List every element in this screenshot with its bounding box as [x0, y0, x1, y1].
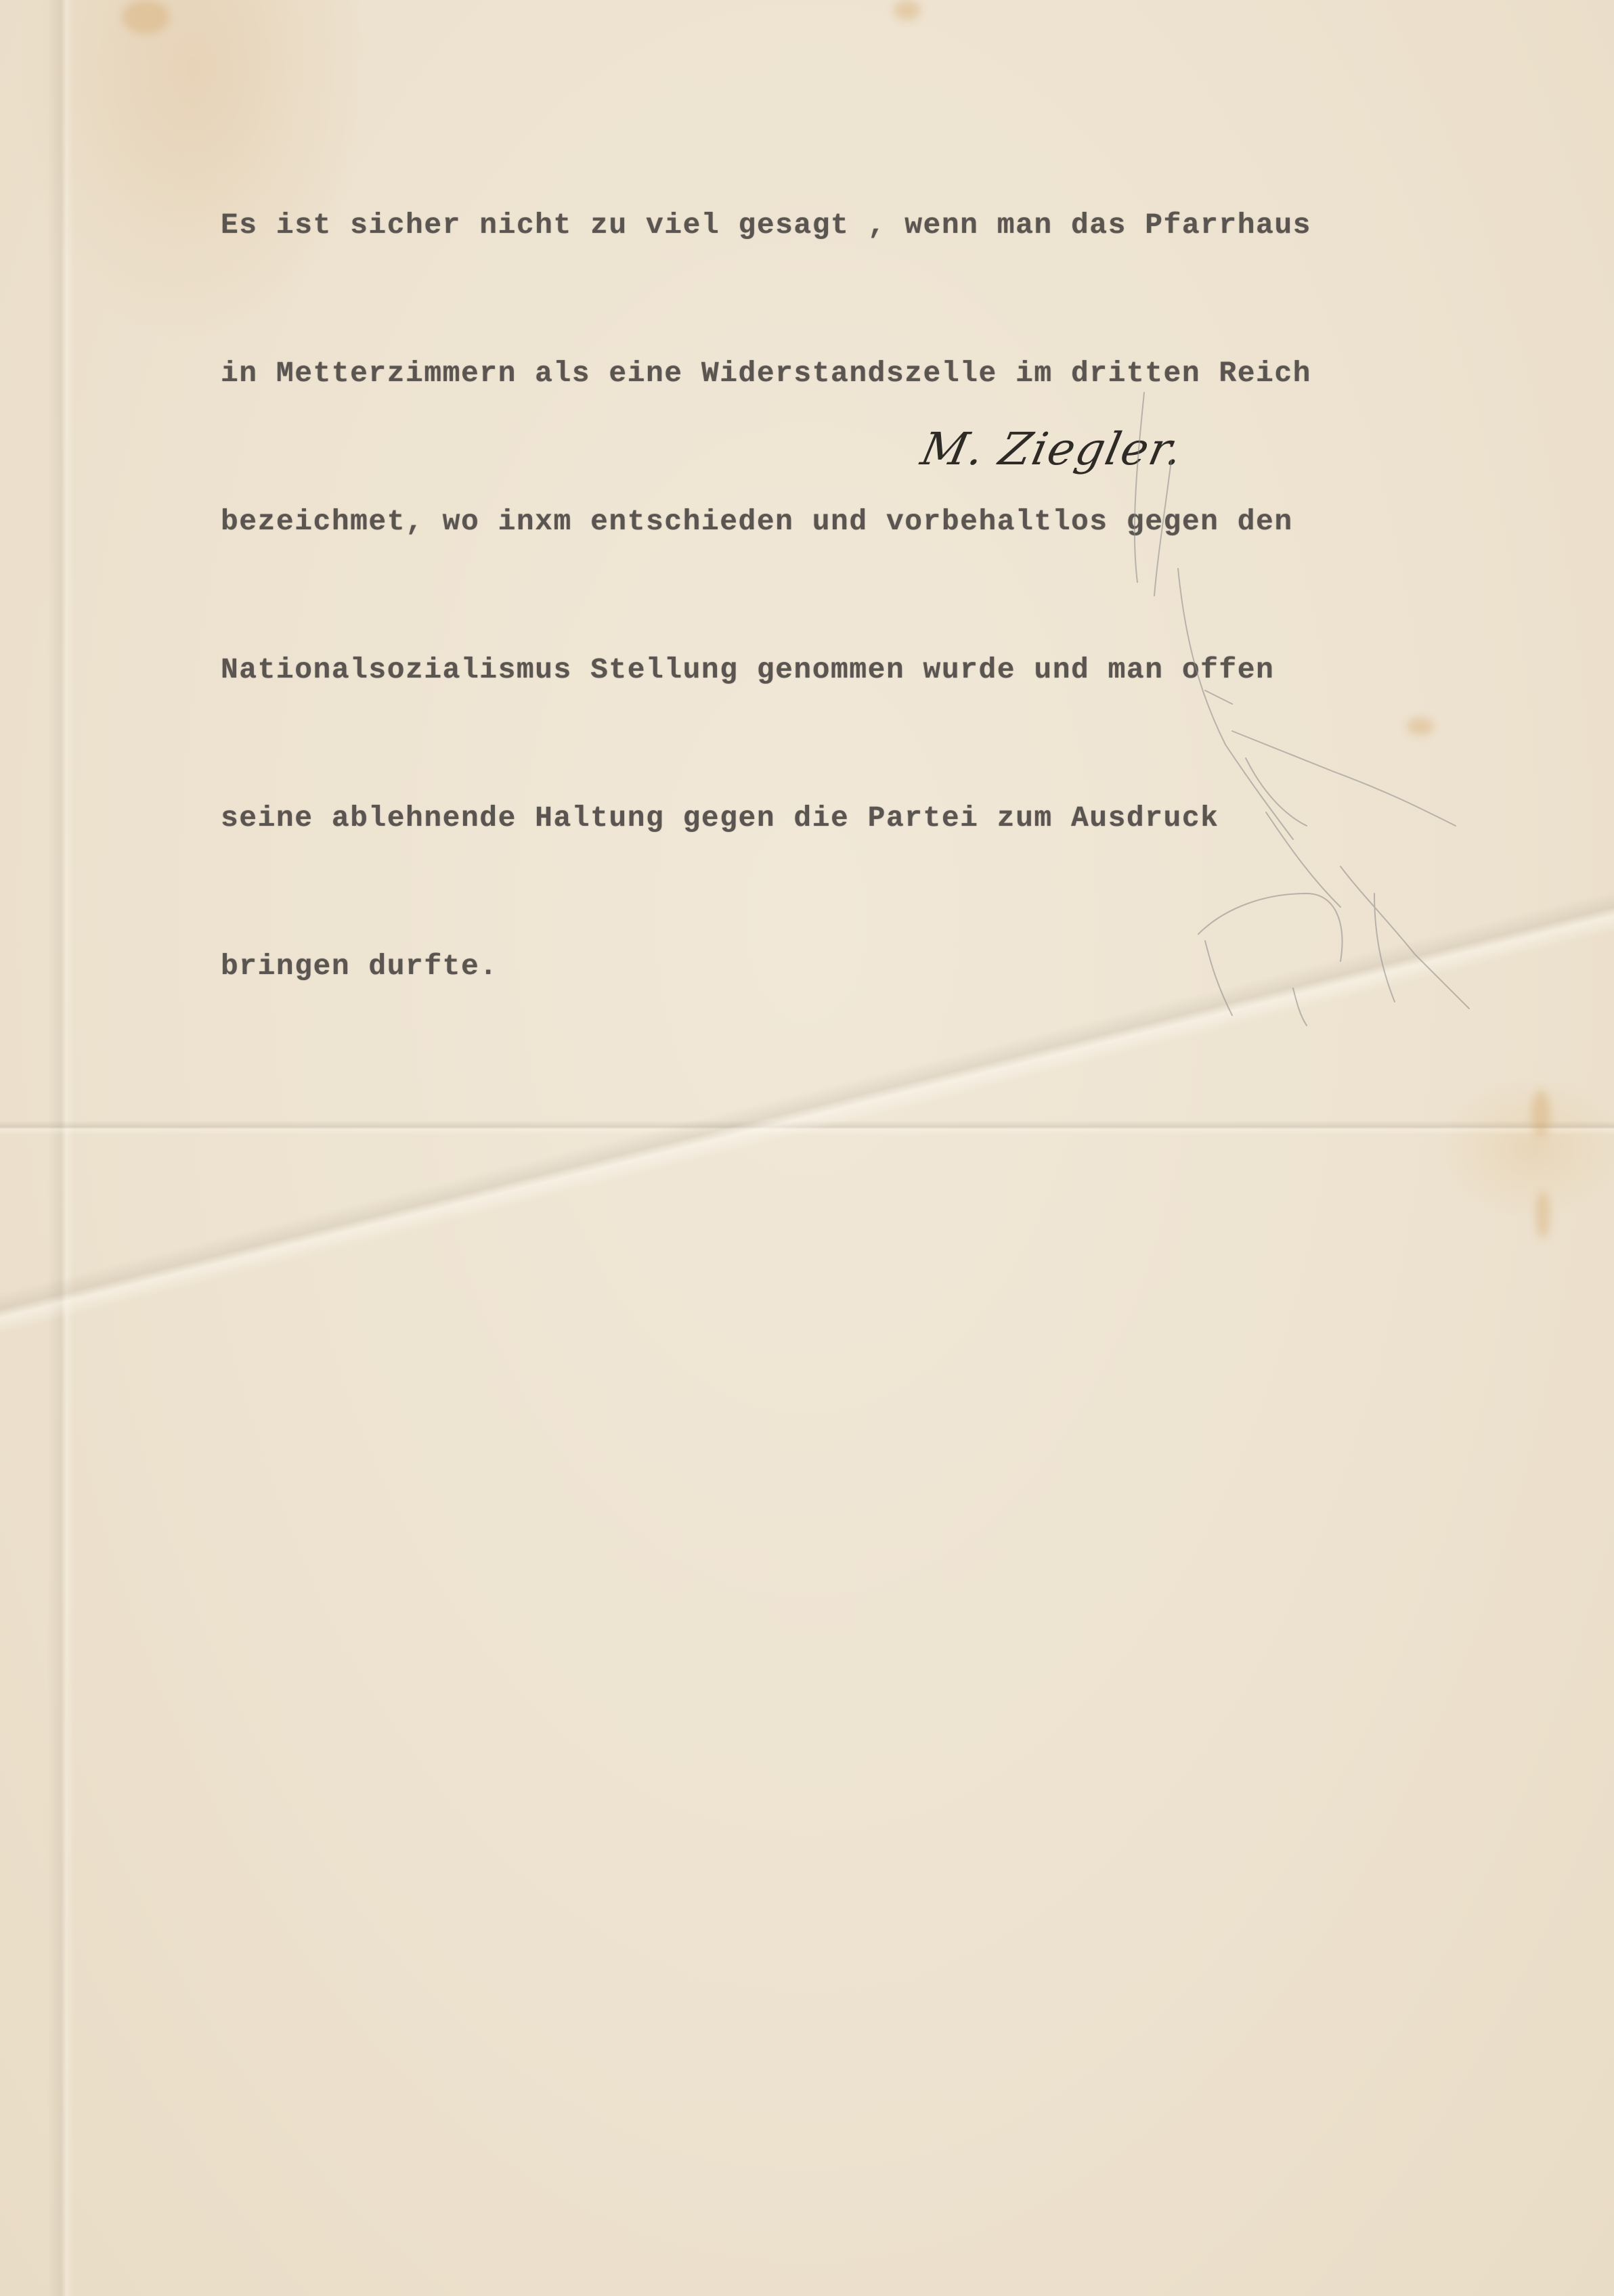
pencil-sketch-icon: [1117, 379, 1496, 1029]
rust-stain: [1531, 1090, 1550, 1137]
document-page: Es ist sicher nicht zu viel gesagt , wen…: [0, 0, 1614, 2296]
typed-line: Es ist sicher nicht zu viel gesagt , wen…: [221, 200, 1507, 250]
rust-stain: [122, 0, 169, 34]
rust-stain: [1535, 1191, 1550, 1239]
fold-crease-vertical: [47, 0, 74, 2296]
rust-stain: [894, 0, 921, 20]
